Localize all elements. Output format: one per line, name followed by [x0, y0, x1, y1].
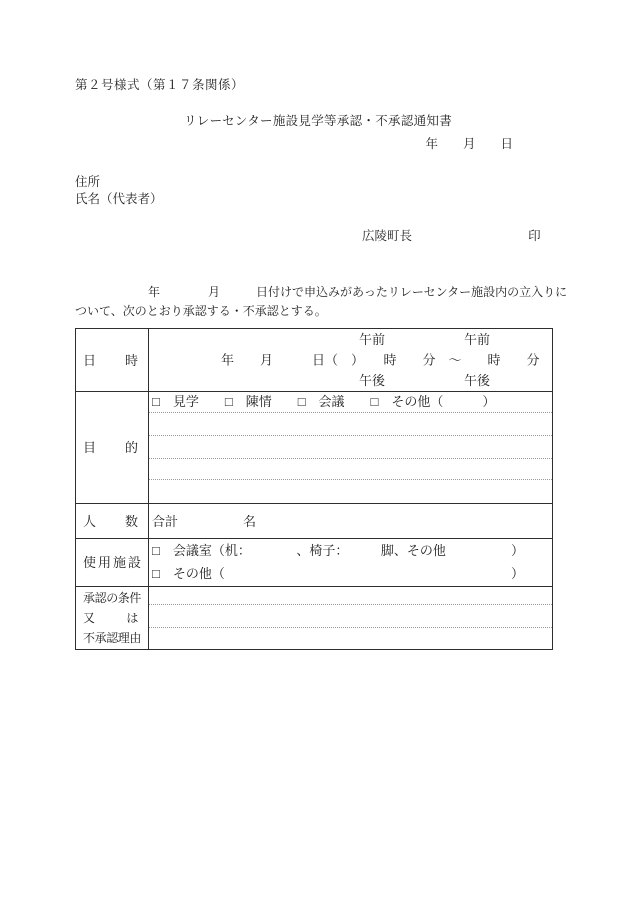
pm-label-end: 午後: [464, 373, 490, 388]
approval-cell: [149, 587, 552, 649]
mayor-signature-line: 広陵町長 印: [75, 230, 553, 243]
facility-option-meeting-room-text: □ 会議室（机： 、椅子： 脚、その他: [152, 541, 446, 561]
seal-mark: 印: [528, 229, 541, 243]
row-label-purpose-char1: 目: [83, 440, 96, 455]
dotted-writing-line: [149, 605, 552, 628]
datetime-blank-line: 年 月 日（ ） 時 分 ～ 時 分: [149, 353, 540, 368]
people-cell: 合計 名: [149, 504, 552, 538]
body-paragraph: 年 月 日付けで申込みがあったリレーセンター施設内の立入りに ついて、次のとおり…: [75, 283, 553, 321]
form-table: 日 時 午前 午前 年 月 日（ ） 時 分 ～ 時 分 午後 午後 目 的: [75, 328, 553, 650]
approval-blank-space: [149, 628, 552, 649]
row-label-approval-line2-char1: 又: [83, 608, 95, 628]
dotted-writing-line: [149, 459, 552, 480]
form-number: 第２号様式（第１７条関係）: [75, 79, 553, 92]
table-row-approval: 承認の条件 又 は 不承認理由: [76, 587, 552, 649]
am-label-start: 午前: [359, 332, 385, 347]
facility-option-other-paren: ）: [511, 564, 524, 584]
mayor-title: 広陵町長: [362, 229, 412, 243]
row-label-datetime: 日 時: [76, 329, 149, 391]
row-label-approval-line2: 又 は: [83, 608, 138, 628]
dotted-writing-line: [149, 413, 552, 436]
facility-option-other: □ その他（ ）: [149, 564, 552, 584]
body-paragraph-line2: ついて、次のとおり承認する・不承認とする。: [75, 302, 553, 321]
people-total-line: 合計 名: [149, 504, 552, 538]
facility-option-meeting-room: □ 会議室（机： 、椅子： 脚、その他 ）: [149, 541, 552, 561]
pm-label-start: 午後: [359, 373, 385, 388]
row-label-approval-line1: 承認の条件: [83, 588, 138, 608]
address-label: 住所: [75, 176, 553, 189]
purpose-cell: □ 見学 □ 陳情 □ 会議 □ その他（ ）: [149, 392, 552, 503]
table-row-datetime: 日 時 午前 午前 年 月 日（ ） 時 分 ～ 時 分 午後 午後: [76, 329, 552, 392]
row-label-approval: 承認の条件 又 は 不承認理由: [76, 587, 149, 649]
dotted-writing-line: [149, 587, 552, 605]
table-row-facility: 使用施設 □ 会議室（机： 、椅子： 脚、その他 ） □ その他（ ）: [76, 539, 552, 587]
row-label-facility: 使用施設: [76, 539, 149, 586]
table-row-people: 人 数 合計 名: [76, 504, 552, 539]
row-label-datetime-char2: 時: [125, 353, 138, 368]
row-label-facility-text: 使用施設: [83, 555, 138, 570]
facility-option-other-text: □ その他（: [152, 564, 225, 584]
row-label-approval-line2-char2: は: [126, 608, 138, 628]
row-label-purpose-char2: 的: [125, 440, 138, 455]
facility-cell: □ 会議室（机： 、椅子： 脚、その他 ） □ その他（ ）: [149, 539, 552, 586]
table-row-purpose: 目 的 □ 見学 □ 陳情 □ 会議 □ その他（ ）: [76, 392, 552, 504]
row-label-purpose: 目 的: [76, 392, 149, 503]
issue-date-line: 年 月 日: [75, 138, 553, 151]
row-label-people-char2: 数: [125, 514, 138, 529]
document-title: リレーセンター施設見学等承認・不承認通知書: [83, 115, 553, 128]
datetime-cell: 午前 午前 年 月 日（ ） 時 分 ～ 時 分 午後 午後: [149, 329, 552, 391]
representative-name-label: 氏名（代表者）: [75, 193, 553, 206]
am-label-end: 午前: [464, 332, 490, 347]
facility-option-meeting-room-paren: ）: [511, 541, 524, 561]
row-label-datetime-char1: 日: [83, 353, 96, 368]
row-label-people: 人 数: [76, 504, 149, 538]
row-label-approval-line3: 不承認理由: [83, 628, 138, 648]
document-page: 第２号様式（第１７条関係） リレーセンター施設見学等承認・不承認通知書 年 月 …: [0, 0, 630, 650]
purpose-blank-space: [149, 480, 552, 503]
row-label-people-char1: 人: [83, 514, 96, 529]
body-paragraph-line1: 年 月 日付けで申込みがあったリレーセンター施設内の立入りに: [75, 283, 553, 302]
purpose-checkbox-options: □ 見学 □ 陳情 □ 会議 □ その他（ ）: [149, 392, 552, 413]
dotted-writing-line: [149, 436, 552, 459]
